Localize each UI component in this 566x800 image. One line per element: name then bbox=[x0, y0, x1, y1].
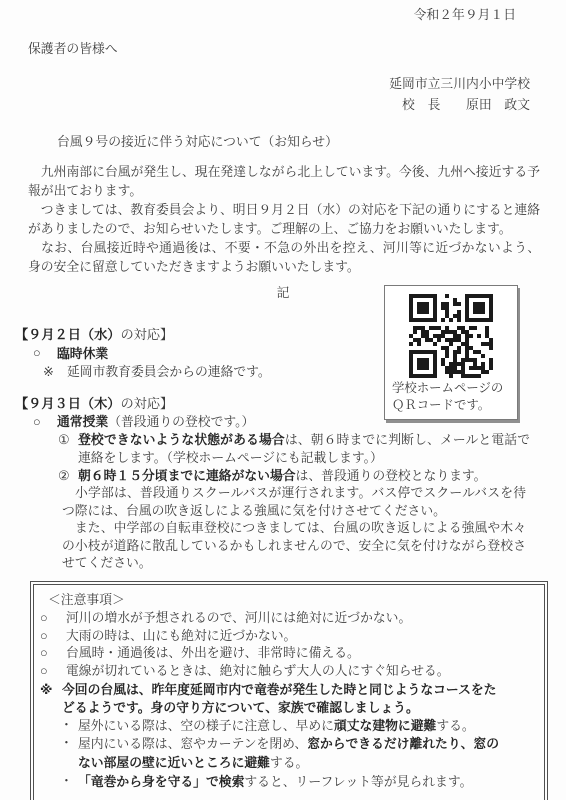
intro-paragraph-1: 九州南部に台風が発生し、現在発達しながら北上しています。今後、九州へ接近する予報… bbox=[28, 163, 540, 201]
caution-box: ＜注意事項＞ ○ 河川の増水が予想されるので、河川には絶対に近づかない。 ○ 大… bbox=[30, 581, 548, 800]
sep2-heading-date: 【９月２日（水） bbox=[15, 327, 121, 342]
tornado-warning: ※ 今回の台風は、昨年度延岡市内で竜巻が発生した時と同じようなコースをたどるよう… bbox=[40, 681, 535, 717]
sep2-heading-rest: の対応】 bbox=[121, 327, 174, 342]
caution-item-powerline: ○ 電線が切れているときは、絶対に触らず大人の人にすぐ知らせる。 bbox=[40, 663, 535, 681]
sender-block: 延岡市立三川内小中学校 校 長 原田 政文 bbox=[0, 74, 530, 116]
school-name: 延岡市立三川内小中学校 bbox=[0, 74, 530, 95]
qr-code-box: 学校ホームページの ＱＲコードです。 bbox=[384, 285, 518, 420]
sep3-heading-rest: の対応】 bbox=[121, 396, 174, 411]
sep3-item-text: 通常授業（普段通りの登校です。） bbox=[57, 413, 254, 431]
tornado-tip-search: ・ 「竜巻から身を守る」で検索すると、リーフレット等が見られます。 bbox=[60, 773, 535, 792]
intro-paragraphs: 九州南部に台風が発生し、現在発達しながら北上しています。今後、九州へ接近する予報… bbox=[28, 163, 540, 277]
circle-marker: ○ bbox=[40, 628, 66, 646]
circled-number-2: ② bbox=[58, 467, 78, 485]
document-title: 台風９号の接近に伴う対応について（お知らせ） bbox=[57, 133, 566, 152]
reference-marker: ※ bbox=[43, 363, 67, 382]
bullet-marker: ・ bbox=[60, 773, 78, 792]
caution-item-mountain: ○ 大雨の時は、山にも絶対に近づかない。 bbox=[40, 628, 535, 646]
tornado-warning-text: 今回の台風は、昨年度延岡市内で竜巻が発生した時と同じようなコースをたどるようです… bbox=[62, 681, 498, 717]
reference-marker: ※ bbox=[40, 681, 62, 717]
intro-paragraph-2: つきましては、教育委員会より、明日９月２日（水）の対応を下記の通りにすると連絡が… bbox=[28, 201, 540, 239]
circle-marker: ○ bbox=[40, 610, 66, 628]
numbered-item-2-text: 朝６時１５分頃までに連絡がない場合は、普段通りの登校となります。 bbox=[78, 467, 530, 485]
numbered-item-1-text: 登校できないような状態がある場合は、朝６時までに判断し、メールと電話で連絡をしま… bbox=[78, 431, 530, 467]
circle-marker: ○ bbox=[40, 645, 66, 663]
caution-item-outing: ○ 台風時・通過後は、外出を避け、非常時に備える。 bbox=[40, 645, 535, 663]
qr-caption-line2: ＱＲコードです。 bbox=[392, 397, 517, 414]
sep2-item-label: 臨時休業 bbox=[57, 344, 108, 363]
sep3-numbered-item-1: ① 登校できないような状態がある場合は、朝６時までに判断し、メールと電話で連絡を… bbox=[58, 431, 566, 467]
junior-high-bicycle-paragraph: また、中学部の自転車登校につきましては、台風の吹き返しによる強風や木々の小枝が道… bbox=[62, 520, 526, 573]
circled-number-1: ① bbox=[58, 431, 78, 467]
sep2-note-text: 延岡市教育委員会からの連絡です。 bbox=[67, 363, 271, 382]
recipient-line: 保護者の皆様へ bbox=[28, 40, 566, 58]
qr-caption-line1: 学校ホームページの bbox=[392, 380, 517, 397]
caution-item-river: ○ 河川の増水が予想されるので、河川には絶対に近づかない。 bbox=[40, 610, 535, 628]
document-page: 令和２年９月１日 保護者の皆様へ 延岡市立三川内小中学校 校 長 原田 政文 台… bbox=[0, 0, 566, 800]
caution-box-title: ＜注意事項＞ bbox=[48, 592, 535, 610]
circle-marker: ○ bbox=[40, 663, 66, 681]
elementary-bus-paragraph: 小学部は、普段通りスクールバスが運行されます。バス停でスクールバスを待つ際には、… bbox=[62, 485, 526, 520]
bullet-marker: ・ bbox=[60, 717, 78, 736]
document-date: 令和２年９月１日 bbox=[0, 6, 516, 24]
sep3-numbered-item-2: ② 朝６時１５分頃までに連絡がない場合は、普段通りの登校となります。 bbox=[58, 467, 566, 485]
tornado-tip-indoor: ・ 屋内にいる際は、窓やカーテンを閉め、窓からできるだけ離れたり、窓のない部屋の… bbox=[60, 735, 535, 773]
circle-marker: ○ bbox=[33, 413, 57, 431]
intro-paragraph-3: なお、台風接近時や通過後は、不要・不急の外出を控え、河川等に近づかないよう、身の… bbox=[28, 239, 540, 277]
bullet-marker: ・ bbox=[60, 735, 78, 773]
tornado-tip-outdoor: ・ 屋外にいる際は、空の様子に注意し、早めに頑丈な建物に避難する。 bbox=[60, 717, 535, 736]
circle-marker: ○ bbox=[33, 344, 57, 363]
qr-code-image bbox=[385, 292, 517, 380]
sep3-heading-date: 【９月３日（木） bbox=[15, 396, 121, 411]
principal-name: 校 長 原田 政文 bbox=[0, 95, 530, 116]
